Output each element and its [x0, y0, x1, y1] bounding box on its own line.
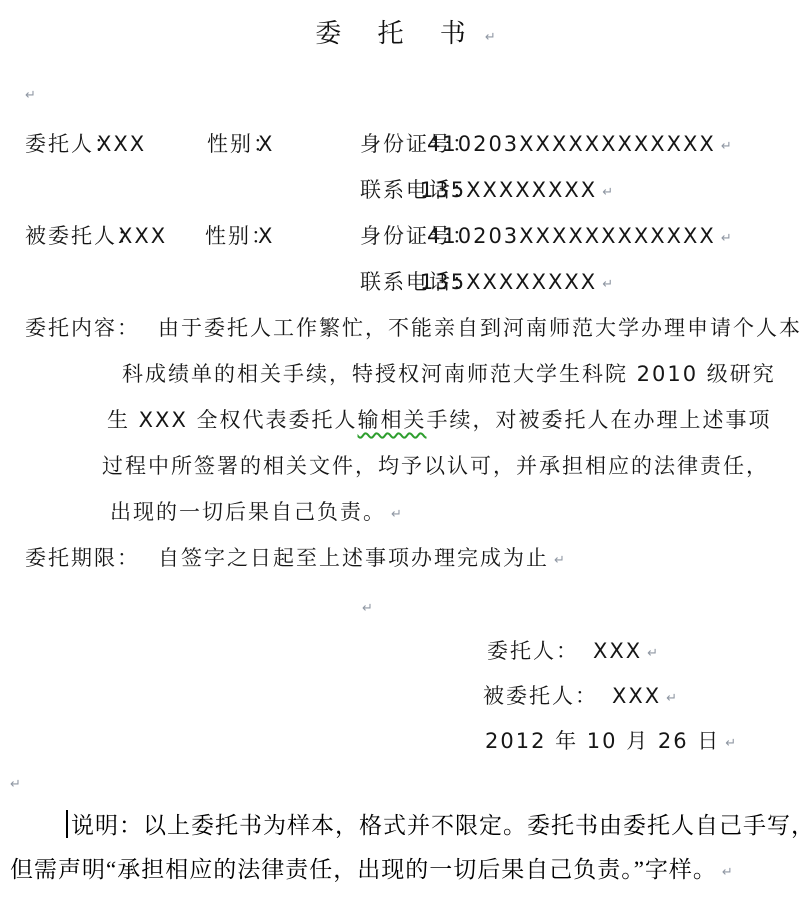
note-line-2-text: 但需声明“承担相应的法律责任，出现的一切后果自己负责。”字样。	[10, 857, 717, 882]
client-name-value: XXX	[97, 130, 146, 158]
content-line-1: 由于委托人工作繁忙，不能亲自到河南师范大学办理申请个人本	[158, 314, 802, 342]
text-cursor	[66, 810, 68, 838]
paragraph-mark-icon: ↵	[554, 553, 565, 568]
content-line-3-before: 生 XXX 全权代表委托人	[107, 408, 358, 432]
client-phone-line: 135XXXXXXXX↵	[420, 176, 613, 207]
paragraph-mark-icon: ↵	[721, 231, 732, 246]
signature-agent-line: 被委托人：XXX↵	[483, 682, 677, 713]
content-label: 委托内容：	[25, 314, 140, 342]
client-gender-value: X	[258, 130, 274, 158]
duration-text: 自签字之日起至上述事项办理完成为止	[158, 546, 549, 570]
paragraph-mark-icon: ↵	[25, 88, 36, 103]
note-line-2: 但需声明“承担相应的法律责任，出现的一切后果自己负责。”字样。↵	[10, 854, 733, 889]
spellcheck-squiggle-text: 输相关	[358, 408, 427, 432]
note-line-1-text: 说明：以上委托书为样本，格式并不限定。委托书由委托人自己手写，	[71, 813, 811, 838]
content-line-2: 科成绩单的相关手续，特授权河南师范大学生科院 2010 级研究	[122, 360, 776, 388]
content-line-5: 出现的一切后果自己负责。↵	[110, 498, 402, 529]
signature-date: 2012 年 10 月 26 日	[485, 729, 720, 753]
agent-name-value: XXX	[118, 222, 167, 250]
signature-agent-label: 被委托人：	[483, 684, 598, 708]
paragraph-mark-icon: ↵	[721, 139, 732, 154]
paragraph-mark-icon: ↵	[647, 646, 658, 661]
note-line-1: 说明：以上委托书为样本，格式并不限定。委托书由委托人自己手写，	[66, 810, 811, 842]
duration-label: 委托期限：	[25, 544, 140, 572]
duration-line: 自签字之日起至上述事项办理完成为止↵	[158, 544, 565, 575]
paragraph-mark-icon: ↵	[391, 507, 402, 522]
client-phone-value: 135XXXXXXXX	[420, 178, 597, 202]
content-line-5-text: 出现的一切后果自己负责。	[110, 500, 386, 524]
paragraph-mark-icon: ↵	[666, 691, 677, 706]
client-id-line: 410203XXXXXXXXXXXX↵	[427, 130, 732, 161]
document-page[interactable]: 委 托 书↵ ↵ 委托人： XXX 性别： X 身份证号： 410203XXXX…	[0, 0, 811, 913]
paragraph-mark-icon: ↵	[362, 601, 373, 616]
paragraph-mark-icon: ↵	[725, 736, 736, 751]
content-line-3: 生 XXX 全权代表委托人输相关手续，对被委托人在办理上述事项	[107, 406, 772, 434]
client-id-value: 410203XXXXXXXXXXXX	[427, 132, 716, 156]
document-title-line: 委 托 书↵	[0, 20, 811, 52]
signature-agent-name: XXX	[612, 684, 661, 708]
signature-client-line: 委托人：XXX↵	[487, 637, 658, 668]
paragraph-mark-icon: ↵	[722, 865, 733, 880]
paragraph-mark-icon: ↵	[485, 30, 496, 45]
content-line-4: 过程中所签署的相关文件，均予以认可，并承担相应的法律责任，	[102, 452, 769, 480]
paragraph-mark-icon: ↵	[602, 185, 613, 200]
paragraph-mark-icon: ↵	[10, 777, 21, 792]
signature-client-name: XXX	[593, 639, 642, 663]
document-title: 委 托 书	[315, 19, 480, 49]
agent-id-line: 410203XXXXXXXXXXXX↵	[427, 222, 732, 253]
agent-id-value: 410203XXXXXXXXXXXX	[427, 224, 716, 248]
content-line-3-after: 手续，对被委托人在办理上述事项	[427, 408, 772, 432]
signature-client-label: 委托人：	[487, 639, 579, 663]
agent-phone-line: 135XXXXXXXX↵	[420, 268, 613, 299]
paragraph-mark-icon: ↵	[602, 277, 613, 292]
agent-phone-value: 135XXXXXXXX	[420, 270, 597, 294]
signature-date-line: 2012 年 10 月 26 日↵	[485, 727, 736, 758]
agent-gender-value: X	[258, 222, 274, 250]
